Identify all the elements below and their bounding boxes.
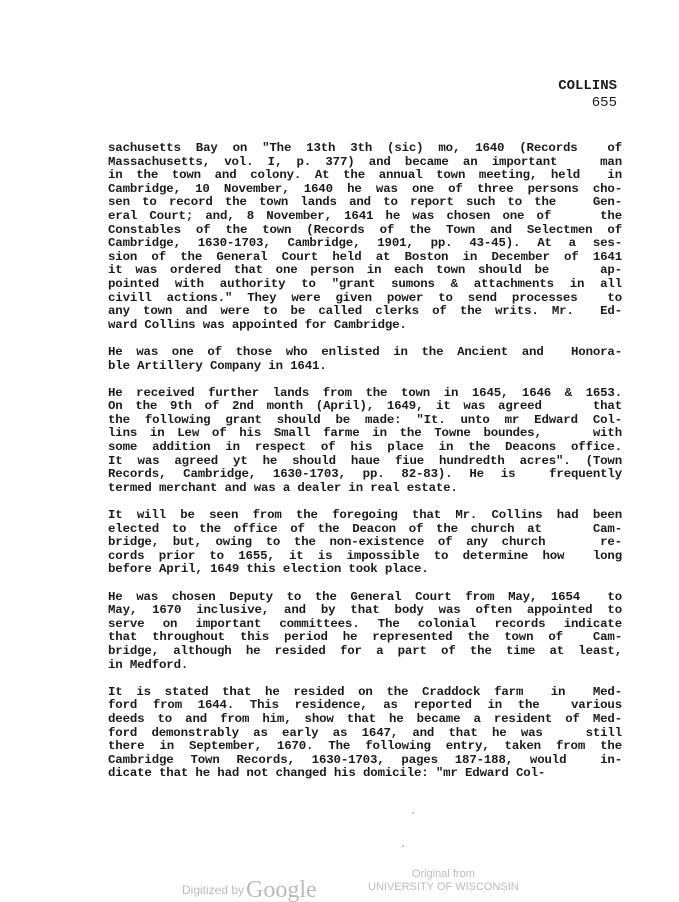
digitized-by-label: Digitized byGoogle (182, 874, 317, 901)
text-line: sen to record the town lands and to repo… (108, 196, 622, 210)
paragraph: It will be seen from the foregoing that … (108, 509, 622, 577)
text-line: in Medford. (108, 659, 622, 673)
paragraph: sachusetts Bay on "The 13th 3th (sic) mo… (108, 142, 622, 332)
page-header: COLLINS 655 (558, 78, 617, 112)
text-line: He was chosen Deputy to the General Cour… (108, 591, 622, 605)
text-line: bridge, although he resided for a part o… (108, 645, 622, 659)
text-line: It will be seen from the foregoing that … (108, 509, 622, 523)
text-line: ward Collins was appointed for Cambridge… (108, 319, 622, 333)
text-line: He was one of those who enlisted in the … (108, 346, 622, 360)
text-line: pointed with authority to "grant sumons … (108, 278, 622, 292)
paragraph: He was chosen Deputy to the General Cour… (108, 591, 622, 673)
scan-speck (412, 812, 414, 814)
text-line: sachusetts Bay on "The 13th 3th (sic) mo… (108, 142, 622, 156)
text-line: there in September, 1670. The following … (108, 740, 622, 754)
text-line: He received further lands from the town … (108, 387, 622, 401)
text-line: eral Court; and, 8 November, 1641 he was… (108, 210, 622, 224)
text-line: It was agreed yt he should haue fiue hun… (108, 455, 622, 469)
text-line: cords prior to 1655, it is impossible to… (108, 550, 622, 564)
paragraph: He received further lands from the town … (108, 387, 622, 496)
text-line: it was ordered that one person in each t… (108, 264, 622, 278)
text-line: It is stated that he resided on the Crad… (108, 686, 622, 700)
document-body: sachusetts Bay on "The 13th 3th (sic) mo… (108, 142, 622, 795)
text-line: elected to the office of the Deacon of t… (108, 523, 622, 537)
text-line: ble Artillery Company in 1641. (108, 360, 622, 374)
paragraph: He was one of those who enlisted in the … (108, 346, 622, 373)
text-line: that throughout this period he represent… (108, 631, 622, 645)
text-line: termed merchant and was a dealer in real… (108, 482, 622, 496)
text-line: before April, 1649 this election took pl… (108, 563, 622, 577)
text-line: deeds to and from him, show that he beca… (108, 713, 622, 727)
text-line: bridge, but, owing to the non-existence … (108, 536, 622, 550)
text-line: any town and were to be called clerks of… (108, 305, 622, 319)
text-line: some addition in respect of his place in… (108, 441, 622, 455)
text-line: Constables of the town (Records of the T… (108, 224, 622, 238)
text-line: the following grant should be made: "It.… (108, 414, 622, 428)
text-line: in the town and colony. At the annual to… (108, 169, 622, 183)
text-line: serve on important committees. The colon… (108, 618, 622, 632)
text-line: Massachusetts, vol. I, p. 377) and becam… (108, 156, 622, 170)
text-line: Cambridge, 10 November, 1640 he was one … (108, 183, 622, 197)
text-line: On the 9th of 2nd month (April), 1649, i… (108, 400, 622, 414)
scan-speck (402, 845, 404, 847)
text-line: lins in Lew of his Small farme in the To… (108, 427, 622, 441)
running-title: COLLINS (558, 78, 617, 95)
paragraph: It is stated that he resided on the Crad… (108, 686, 622, 781)
text-line: Cambridge, 1630-1703, Cambridge, 1901, p… (108, 237, 622, 251)
text-line: sion of the General Court held at Boston… (108, 251, 622, 265)
text-line: Records, Cambridge, 1630-1703, pp. 82-83… (108, 468, 622, 482)
text-line: May, 1670 inclusive, and by that body wa… (108, 604, 622, 618)
text-line: ford from 1644. This residence, as repor… (108, 699, 622, 713)
text-line: dicate that he had not changed his domic… (108, 767, 622, 781)
text-line: ford demonstrably as early as 1647, and … (108, 727, 622, 741)
text-line: civill actions." They were given power t… (108, 292, 622, 306)
page-number: 655 (558, 95, 617, 112)
text-line: Cambridge Town Records, 1630-1703, pages… (108, 754, 622, 768)
google-logo: Google (246, 877, 317, 902)
original-source-label: Original from UNIVERSITY OF WISCONSIN (368, 868, 519, 894)
